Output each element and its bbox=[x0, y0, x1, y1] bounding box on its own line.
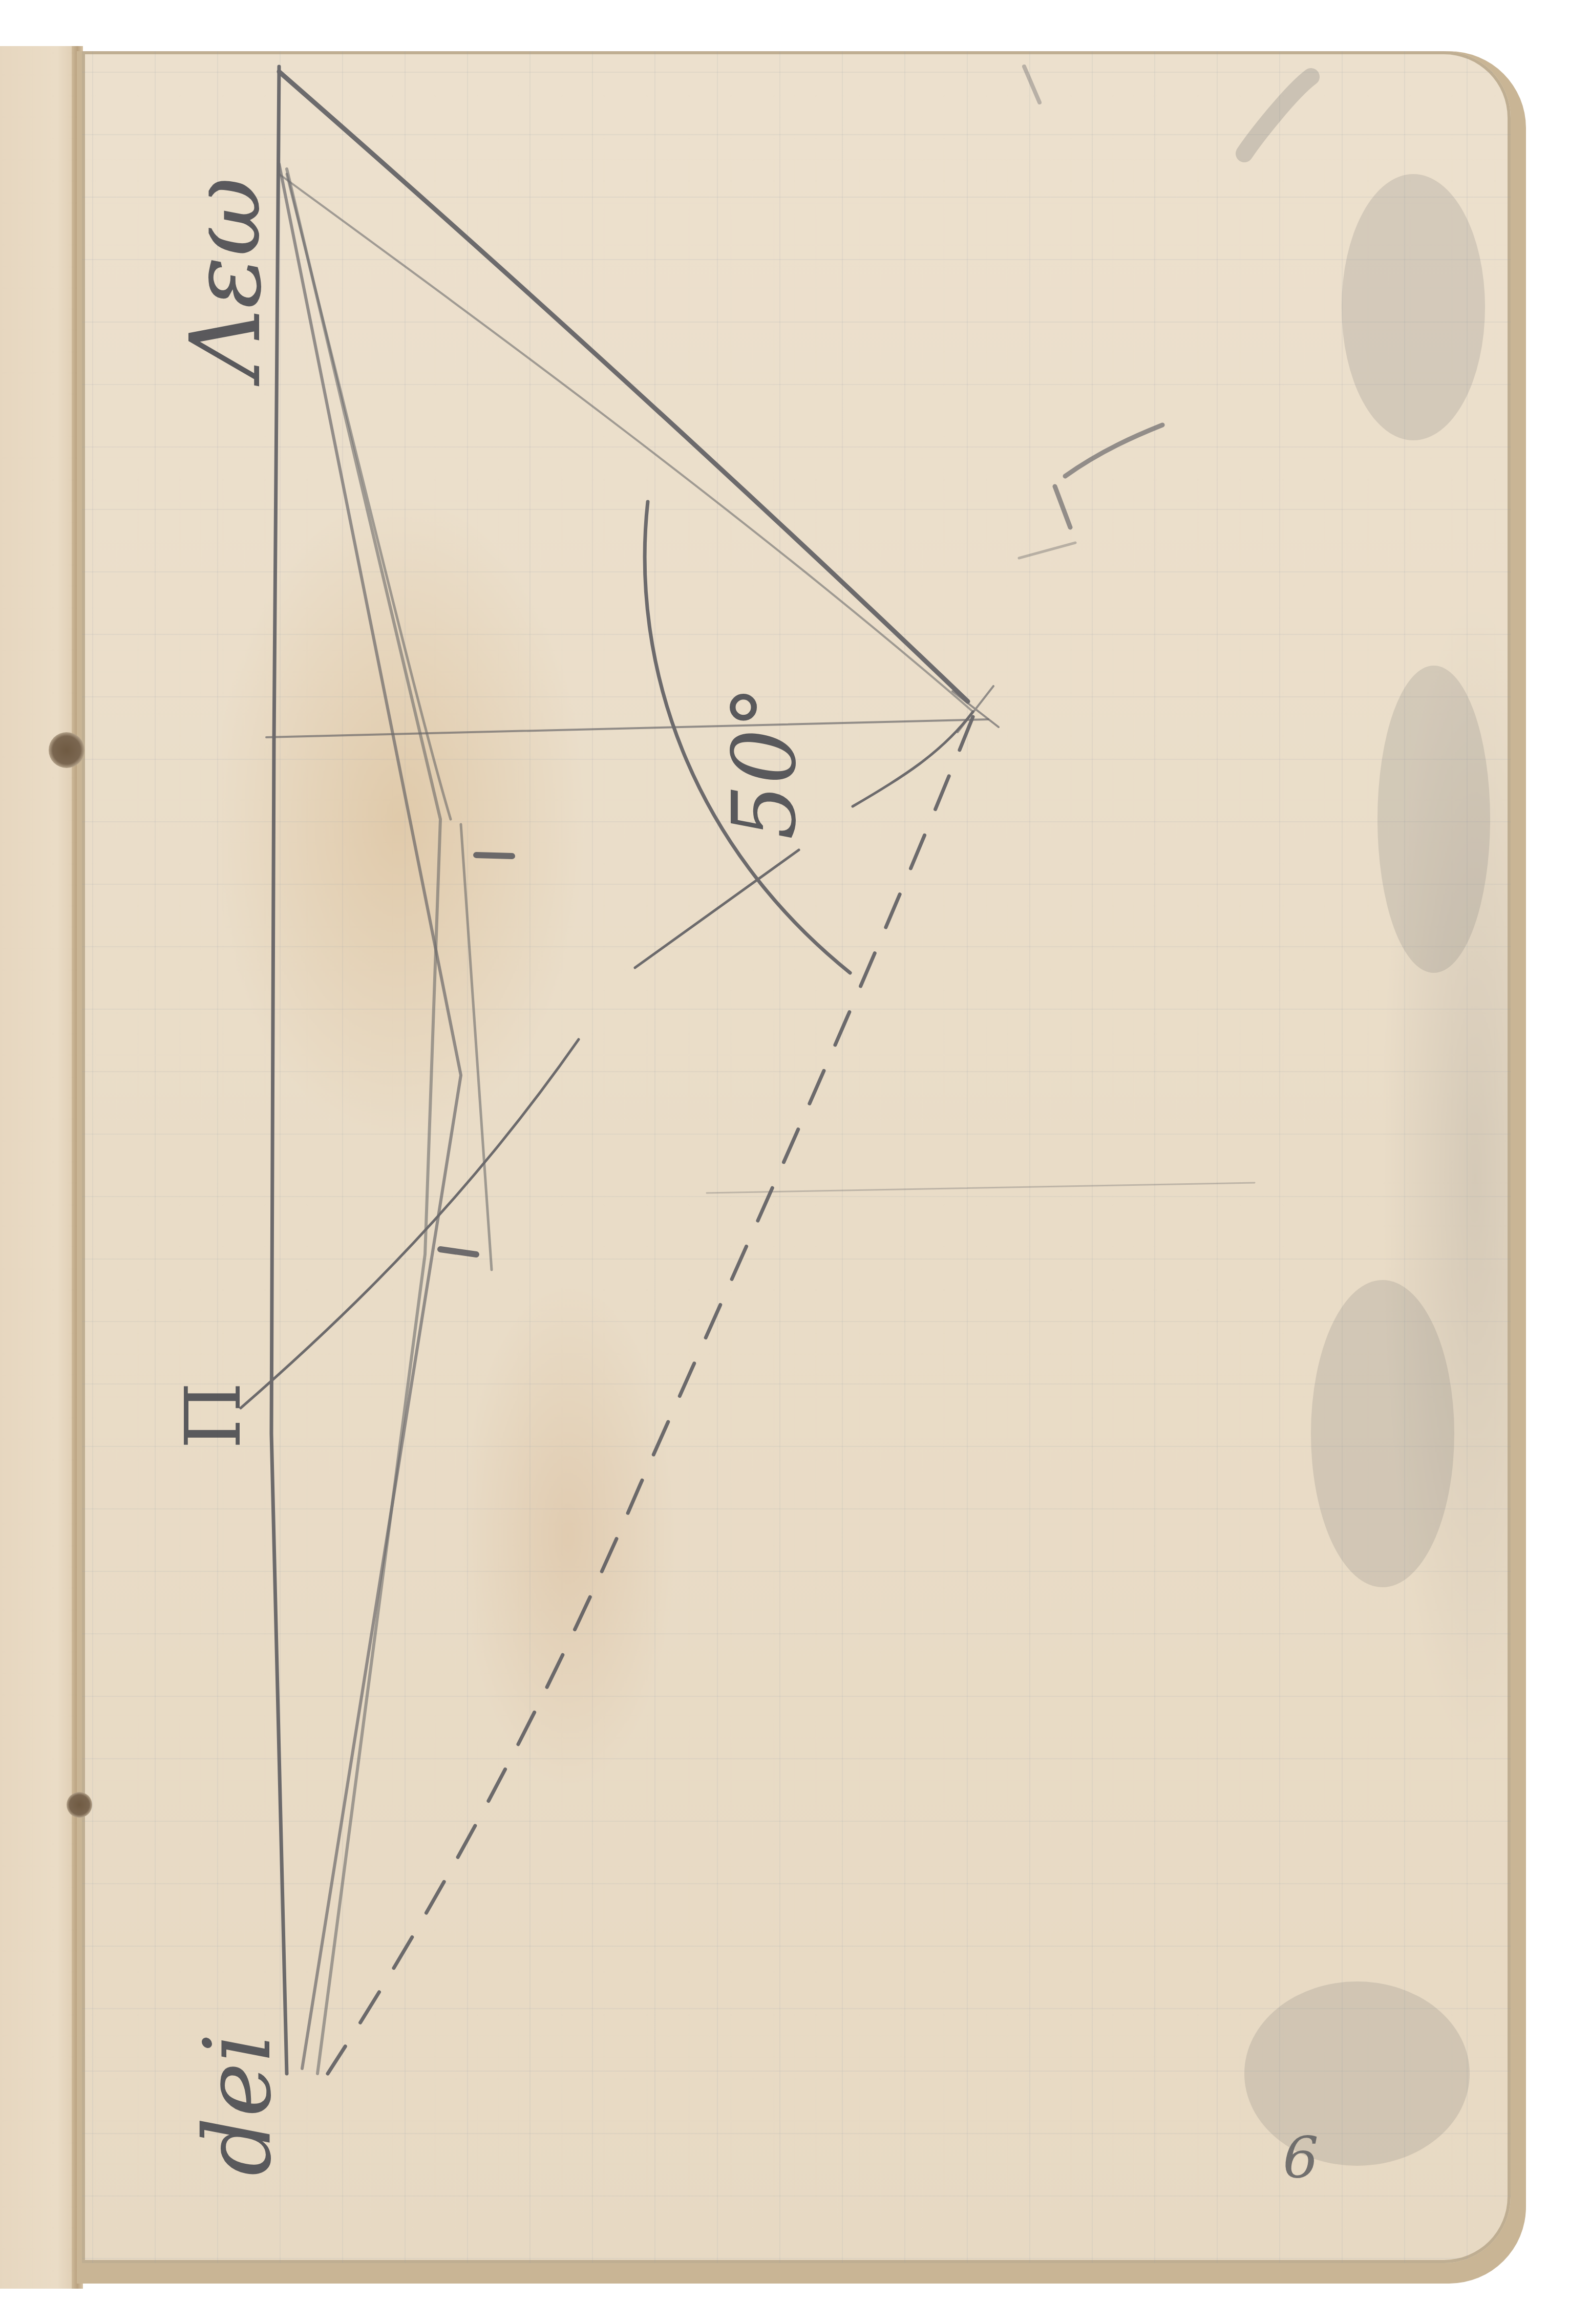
inner-converging-lines bbox=[279, 164, 461, 2069]
angle-label: 50° bbox=[714, 686, 816, 840]
side-mark-label: Π bbox=[169, 1382, 258, 1449]
horizontal-construction-line bbox=[266, 719, 988, 737]
long-hypotenuse-line bbox=[279, 72, 968, 701]
bottom-label: dei bbox=[184, 2033, 291, 2176]
page-number: 6 bbox=[1283, 2125, 1319, 2190]
tick-marks bbox=[476, 855, 512, 856]
dashed-curve bbox=[328, 717, 973, 2074]
top-label: Λεω bbox=[169, 177, 282, 379]
crossing-diagonal bbox=[241, 1039, 579, 1408]
notebook-scan: Λεω 50° Π dei 6 bbox=[0, 0, 1569, 2324]
graphite-smudges bbox=[1244, 174, 1490, 2166]
